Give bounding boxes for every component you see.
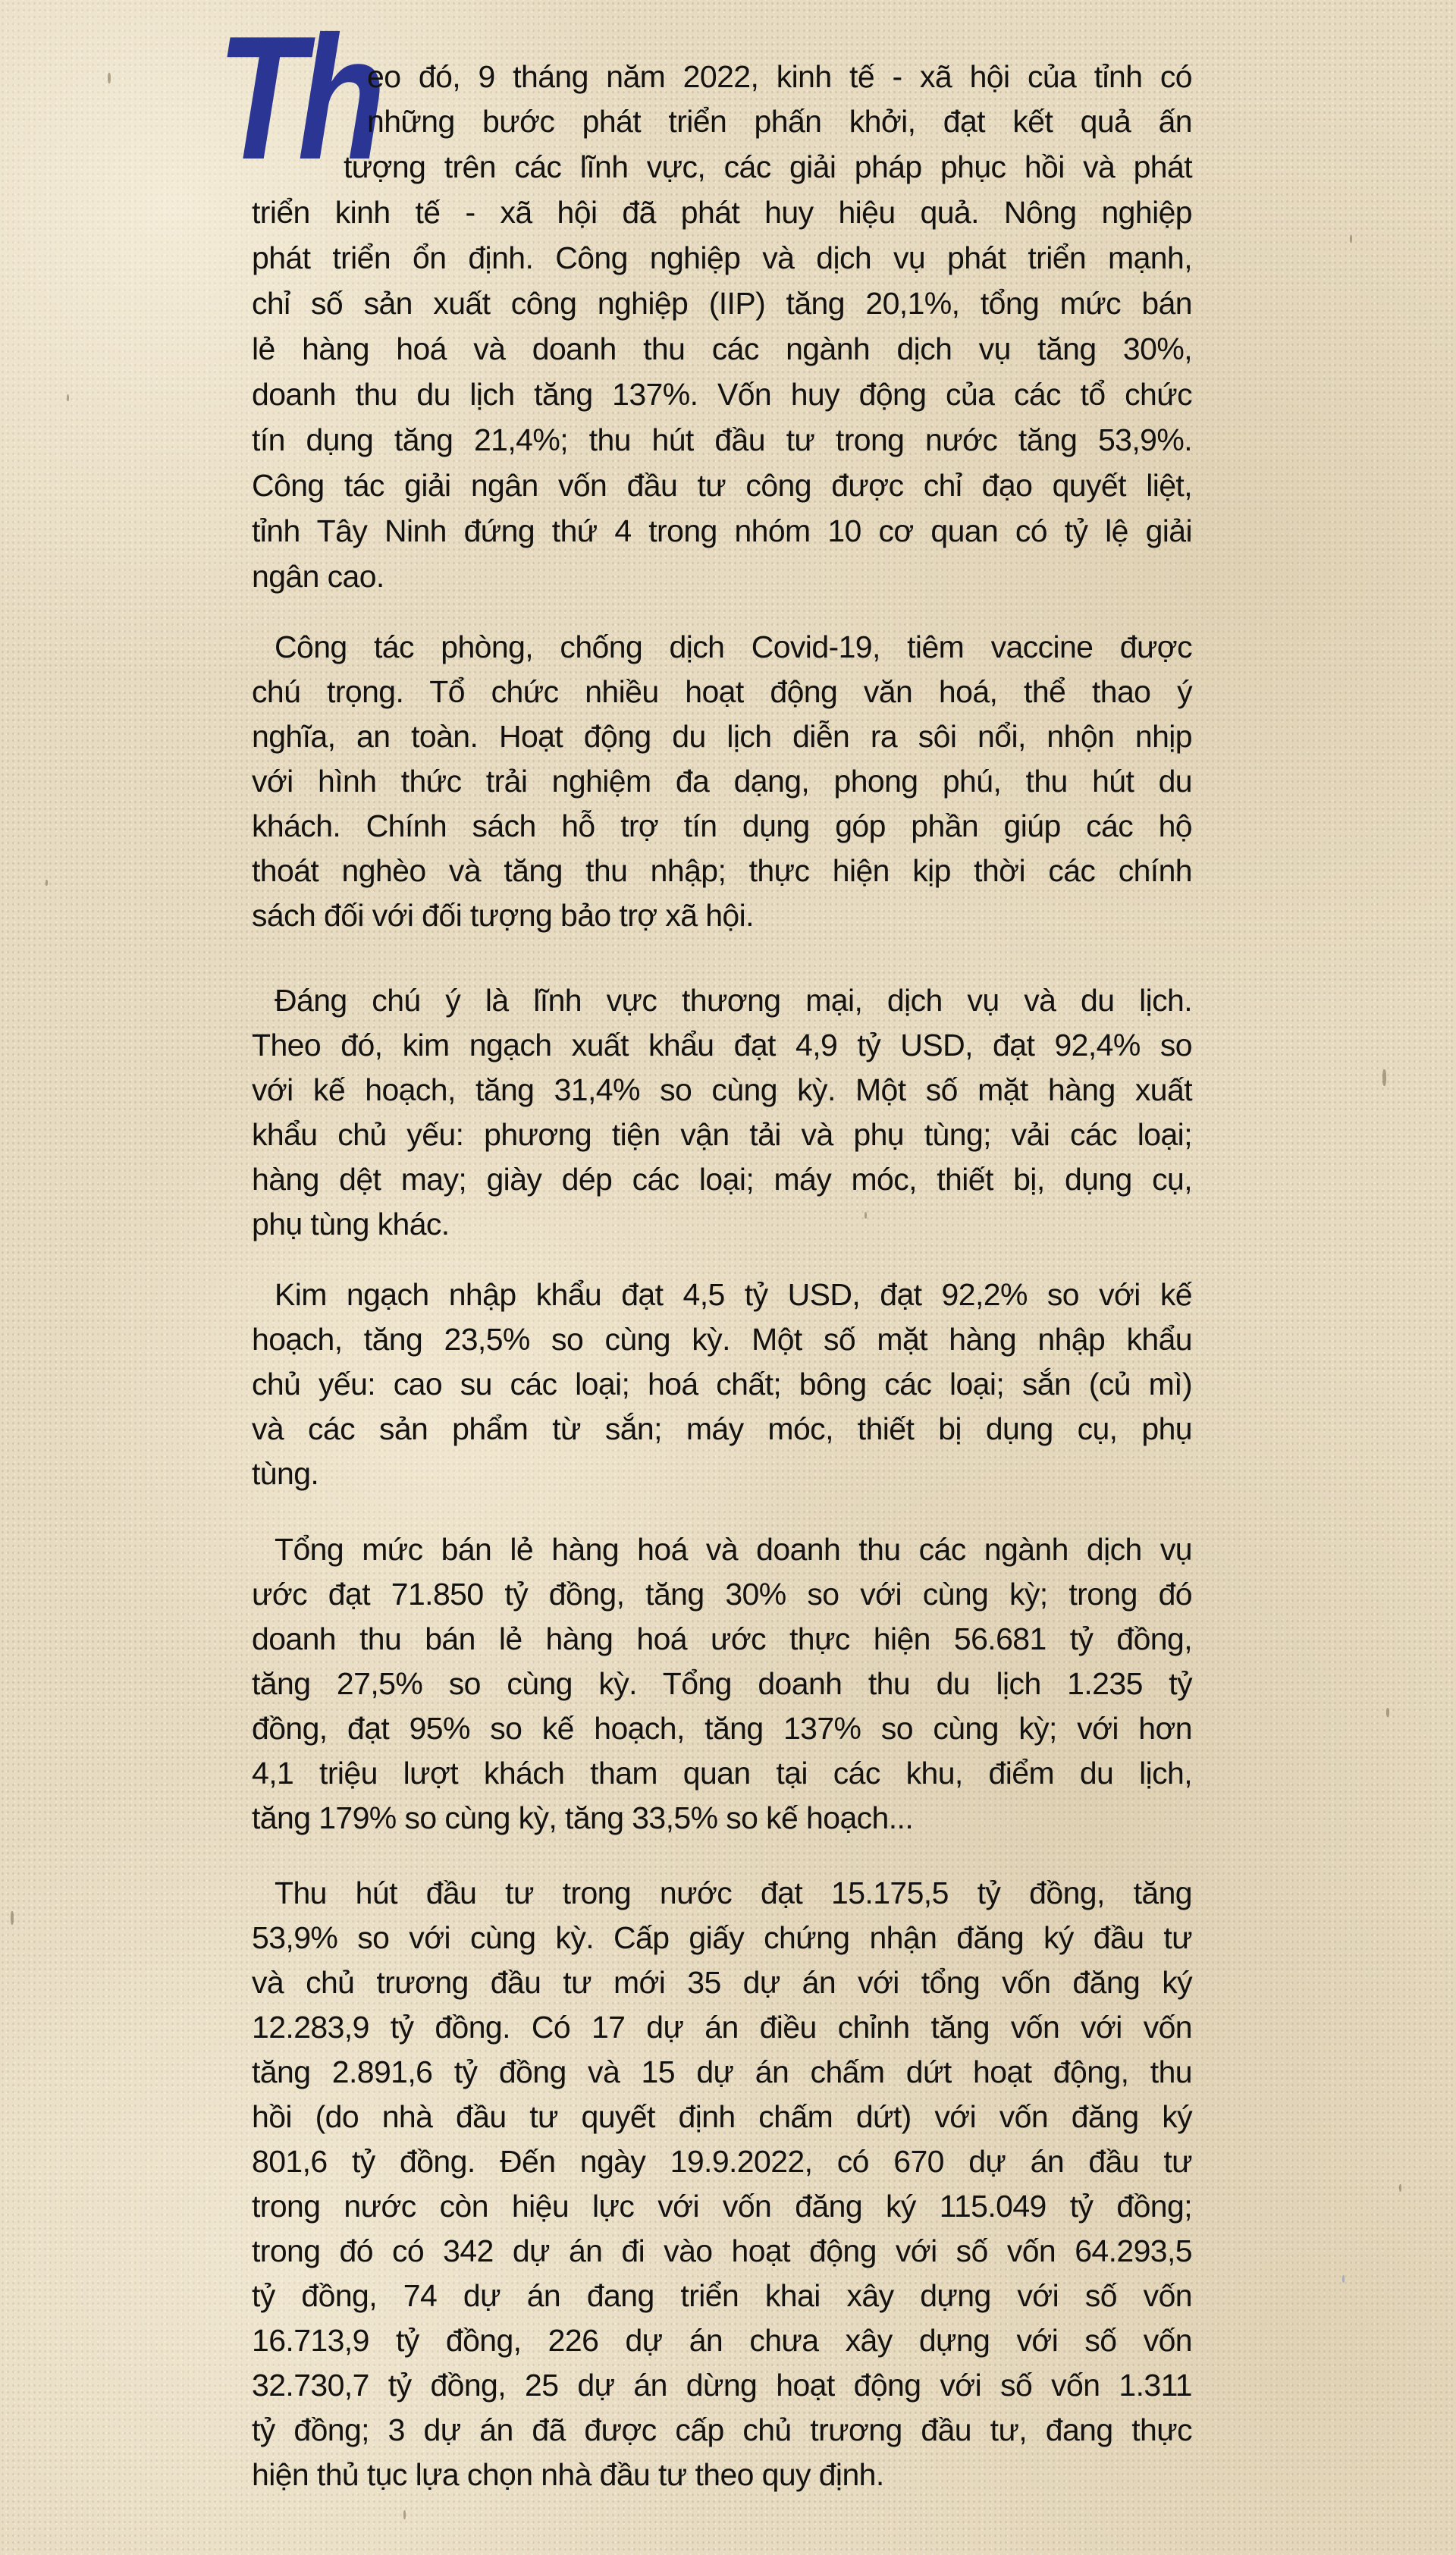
paragraph-line: ước đạt 71.850 tỷ đồng, tăng 30% so với … [252, 1571, 1192, 1617]
paragraph-line: 16.713,9 tỷ đồng, 226 dự án chưa xây dựn… [252, 2318, 1192, 2363]
paper-speck [11, 1911, 14, 1925]
paragraph-line: chỉ số sản xuất công nghiệp (IIP) tăng 2… [252, 281, 1192, 326]
paragraph-line: triển kinh tế - xã hội đã phát huy hiệu … [252, 190, 1192, 235]
paragraph-line: khách. Chính sách hỗ trợ tín dụng góp ph… [252, 803, 1192, 849]
paragraph-line: chủ yếu: cao su các loại; hoá chất; bông… [252, 1361, 1192, 1407]
paragraph-line: tăng 179% so cùng kỳ, tăng 33,5% so kế h… [252, 1795, 1192, 1841]
paragraph-line: lẻ hàng hoá và doanh thu các ngành dịch … [252, 326, 1192, 372]
paper-speck [1350, 235, 1352, 243]
paragraph-line: Thu hút đầu tư trong nước đạt 15.175,5 t… [275, 1870, 1192, 1916]
paragraph-line: đồng, đạt 95% so kế hoạch, tăng 137% so … [252, 1706, 1192, 1751]
paper-speck [1342, 2275, 1345, 2283]
paragraph-line: phụ tùng khác. [252, 1201, 1192, 1247]
paragraph-line: trong nước còn hiệu lực với vốn đăng ký … [252, 2183, 1192, 2229]
paragraph-line: tỉnh Tây Ninh đứng thứ 4 trong nhóm 10 c… [252, 508, 1192, 554]
paragraph-line: ngân cao. [252, 554, 1192, 599]
paragraph-line: tín dụng tăng 21,4%; thu hút đầu tư tron… [252, 417, 1192, 463]
paragraph-line: doanh thu bán lẻ hàng hoá ước thực hiện … [252, 1616, 1192, 1662]
paragraph-line: tùng. [252, 1451, 1192, 1496]
paragraph-line: tỷ đồng, 74 dự án đang triển khai xây dự… [252, 2273, 1192, 2318]
paper-speck [1382, 1069, 1386, 1086]
paragraph-line: tượng trên các lĩnh vực, các giải pháp p… [344, 144, 1192, 190]
paper-speck [1399, 2184, 1401, 2192]
paragraph-line: doanh thu du lịch tăng 137%. Vốn huy độn… [252, 372, 1192, 417]
paragraph-line: Kim ngạch nhập khẩu đạt 4,5 tỷ USD, đạt … [275, 1272, 1192, 1317]
paragraph-line: những bước phát triển phấn khởi, đạt kết… [367, 99, 1192, 144]
paper-speck [1386, 1708, 1389, 1717]
paragraph-line: Công tác giải ngân vốn đầu tư công được … [252, 463, 1192, 508]
paragraph-line: và chủ trương đầu tư mới 35 dự án với tổ… [252, 1960, 1192, 2005]
paragraph-line: tăng 27,5% so cùng kỳ. Tổng doanh thu du… [252, 1661, 1192, 1706]
paragraph-line: hoạch, tăng 23,5% so cùng kỳ. Một số mặt… [252, 1317, 1192, 1362]
paragraph-line: và các sản phẩm từ sắn; máy móc, thiết b… [252, 1406, 1192, 1452]
paragraph-line: 4,1 triệu lượt khách tham quan tại các k… [252, 1750, 1192, 1796]
paragraph-line: thoát nghèo và tăng thu nhập; thực hiện … [252, 848, 1192, 893]
paragraph-line: 12.283,9 tỷ đồng. Có 17 dự án điều chỉnh… [252, 2004, 1192, 2050]
paragraph-line: sách đối với đối tượng bảo trợ xã hội. [252, 893, 1192, 938]
paragraph-line: phát triển ổn định. Công nghiệp và dịch … [252, 235, 1192, 281]
paragraph-line: 53,9% so với cùng kỳ. Cấp giấy chứng nhậ… [252, 1915, 1192, 1960]
paper-speck [108, 73, 111, 83]
paragraph-line: chú trọng. Tổ chức nhiều hoạt động văn h… [252, 669, 1192, 714]
paper-speck [403, 2510, 406, 2519]
paragraph-line: với hình thức trải nghiệm đa dạng, phong… [252, 758, 1192, 804]
paragraph-line: với kế hoạch, tăng 31,4% so cùng kỳ. Một… [252, 1067, 1192, 1113]
paragraph-line: 801,6 tỷ đồng. Đến ngày 19.9.2022, có 67… [252, 2139, 1192, 2184]
paragraph-line: khẩu chủ yếu: phương tiện vận tải và phụ… [252, 1112, 1192, 1157]
paragraph-line: Công tác phòng, chống dịch Covid-19, tiê… [275, 624, 1192, 670]
paper-speck [45, 880, 48, 886]
paragraph-line: eo đó, 9 tháng năm 2022, kinh tế - xã hộ… [367, 54, 1192, 99]
article-body: Th eo đó, 9 tháng năm 2022, kinh tế - xã… [0, 0, 1456, 2555]
paper-speck [67, 394, 69, 401]
paragraph-line: hàng dệt may; giày dép các loại; máy móc… [252, 1157, 1192, 1202]
paragraph-line: tỷ đồng; 3 dự án đã được cấp chủ trương … [252, 2407, 1192, 2453]
paragraph-line: trong đó có 342 dự án đi vào hoạt động v… [252, 2228, 1192, 2274]
paragraph-line: hiện thủ tục lựa chọn nhà đầu tư theo qu… [252, 2452, 1192, 2497]
paragraph-line: 32.730,7 tỷ đồng, 25 dự án dừng hoạt độn… [252, 2362, 1192, 2408]
paragraph-line: tăng 2.891,6 tỷ đồng và 15 dự án chấm dứ… [252, 2049, 1192, 2095]
paragraph-line: Tổng mức bán lẻ hàng hoá và doanh thu cá… [275, 1527, 1192, 1572]
paragraph-line: Đáng chú ý là lĩnh vực thương mại, dịch … [275, 978, 1192, 1023]
paragraph-line: hồi (do nhà đầu tư quyết định chấm dứt) … [252, 2094, 1192, 2139]
paragraph-line: Theo đó, kim ngạch xuất khẩu đạt 4,9 tỷ … [252, 1022, 1192, 1068]
paragraph-line: nghĩa, an toàn. Hoạt động du lịch diễn r… [252, 714, 1192, 759]
